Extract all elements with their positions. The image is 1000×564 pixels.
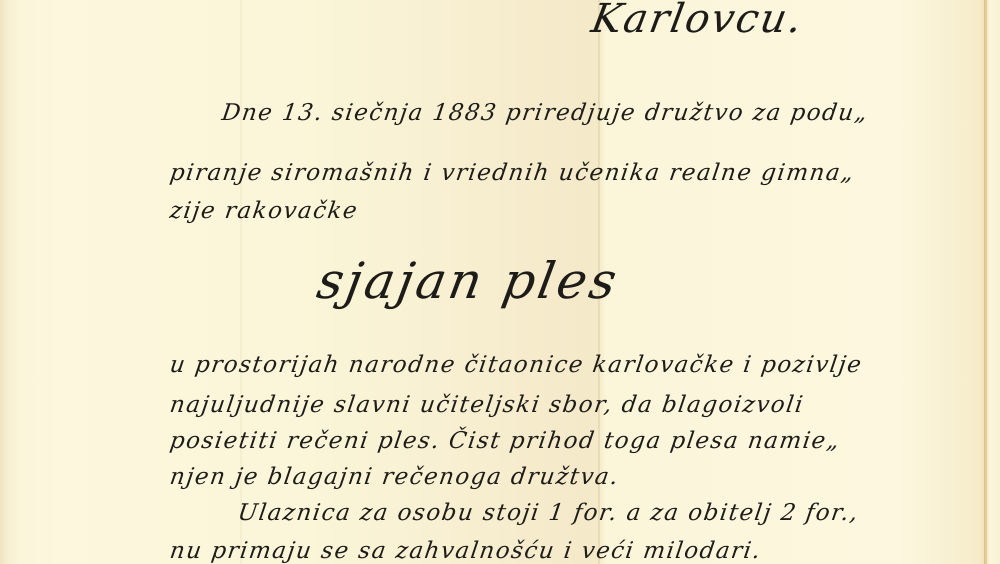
text-line: posietiti rečeni ples. Čist prihod toga … (168, 428, 842, 454)
text-line: Ulaznica za osobu stoji 1 for. a za obit… (236, 500, 861, 526)
paper-right-edge (984, 0, 987, 564)
text-line: piranje siromašnih i vriednih učenika re… (168, 160, 856, 186)
text-line: njen je blagajni rečenoga družtva. (168, 464, 621, 490)
event-title: sjajan ples (313, 252, 624, 310)
header-city: Karlovcu. (588, 0, 807, 42)
handwritten-letter-page: Karlovcu. Dne 13. siečnja 1883 priredjuj… (0, 0, 1000, 564)
text-line: nu primaju se sa zahvalnošću i veći milo… (168, 538, 763, 564)
text-line: u prostorijah narodne čitaonice karlovač… (168, 352, 864, 378)
text-line: zije rakovačke (168, 198, 360, 224)
text-line: najuljudnije slavni učiteljski sbor, da … (168, 392, 806, 418)
text-line: Dne 13. siečnja 1883 priredjuje družtvo … (220, 100, 870, 126)
